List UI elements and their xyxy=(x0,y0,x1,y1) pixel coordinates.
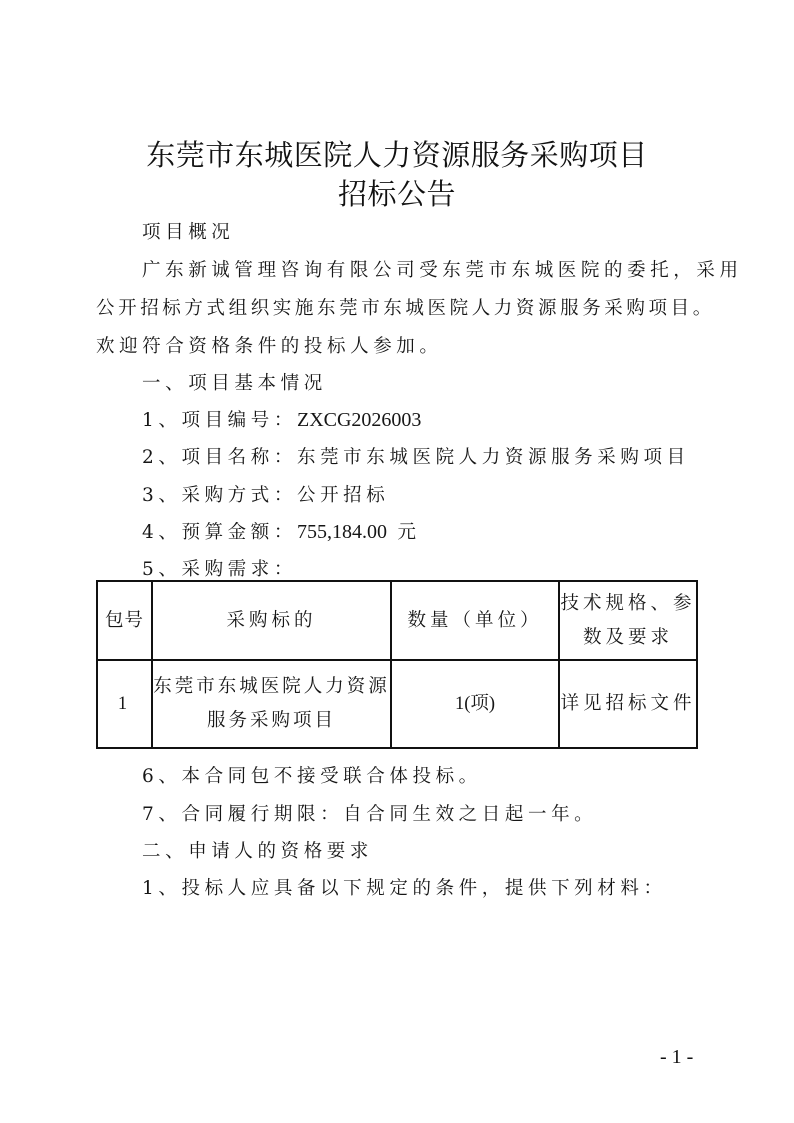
overview-paragraph-line-2: 公开招标方式组织实施东莞市东城医院人力资源服务采购项目。 xyxy=(96,294,715,320)
overview-heading: 项目概况 xyxy=(142,218,234,244)
note-7: 7、合同履行期限：自合同生效之日起一年。 xyxy=(142,800,597,826)
item-label: 3、采购方式： xyxy=(142,485,297,506)
overview-paragraph-line-1: 广东新诚管理咨询有限公司受东莞市东城医院的委托，采用 xyxy=(142,256,743,282)
item-requirements: 5、采购需求： xyxy=(142,555,297,581)
item-label: 1、项目编号： xyxy=(142,410,297,431)
cell-item-line-1: 东莞市东城医院人力资源 xyxy=(153,670,390,704)
title-line-1: 东莞市东城医院人力资源服务采购项目 xyxy=(0,133,794,174)
section2-item-1: 1、投标人应具备以下规定的条件，提供下列材料： xyxy=(142,874,667,900)
cell-spec: 详见招标文件 xyxy=(559,660,697,748)
item-label: 2、项目名称： xyxy=(142,447,297,468)
item-label: 4、预算金额： xyxy=(142,522,297,543)
header-spec-line-1: 技术规格、参 xyxy=(560,587,696,621)
project-number-value: ZXCG2026003 xyxy=(297,409,421,431)
note-6: 6、本合同包不接受联合体投标。 xyxy=(142,762,482,788)
item-label: 5、采购需求： xyxy=(142,559,297,580)
header-spec: 技术规格、参 数及要求 xyxy=(559,581,697,660)
requirements-table: 包号 采购标的 数量（单位） 技术规格、参 数及要求 1 东莞市东城医院人力资源… xyxy=(96,580,698,749)
item-budget: 4、预算金额：755,184.00 元 xyxy=(142,518,421,544)
overview-paragraph-line-3: 欢迎符合资格条件的投标人参加。 xyxy=(96,332,443,358)
budget-value: 755,184.00 xyxy=(297,521,387,543)
item-project-number: 1、项目编号：ZXCG2026003 xyxy=(142,406,421,432)
item-procurement-method: 3、采购方式：公开招标 xyxy=(142,481,389,507)
header-quantity: 数量（单位） xyxy=(391,581,559,660)
procurement-method-value: 公开招标 xyxy=(297,485,389,506)
section2-heading: 二、申请人的资格要求 xyxy=(142,837,373,863)
cell-package-no: 1 xyxy=(97,660,152,748)
table-header-row: 包号 采购标的 数量（单位） 技术规格、参 数及要求 xyxy=(97,581,697,660)
cell-item-line-2: 服务采购项目 xyxy=(153,704,390,738)
page-number: - 1 - xyxy=(660,1046,693,1069)
cell-quantity: 1(项) xyxy=(391,660,559,748)
header-spec-line-2: 数及要求 xyxy=(560,621,696,655)
budget-unit: 元 xyxy=(387,522,421,543)
header-item: 采购标的 xyxy=(152,581,391,660)
header-package-no: 包号 xyxy=(97,581,152,660)
table-row: 1 东莞市东城医院人力资源 服务采购项目 1(项) 详见招标文件 xyxy=(97,660,697,748)
item-project-name: 2、项目名称：东莞市东城医院人力资源服务采购项目 xyxy=(142,443,690,469)
section1-heading: 一、项目基本情况 xyxy=(142,369,327,395)
title-line-2: 招标公告 xyxy=(0,172,794,213)
project-name-value: 东莞市东城医院人力资源服务采购项目 xyxy=(297,447,690,468)
cell-item: 东莞市东城医院人力资源 服务采购项目 xyxy=(152,660,391,748)
